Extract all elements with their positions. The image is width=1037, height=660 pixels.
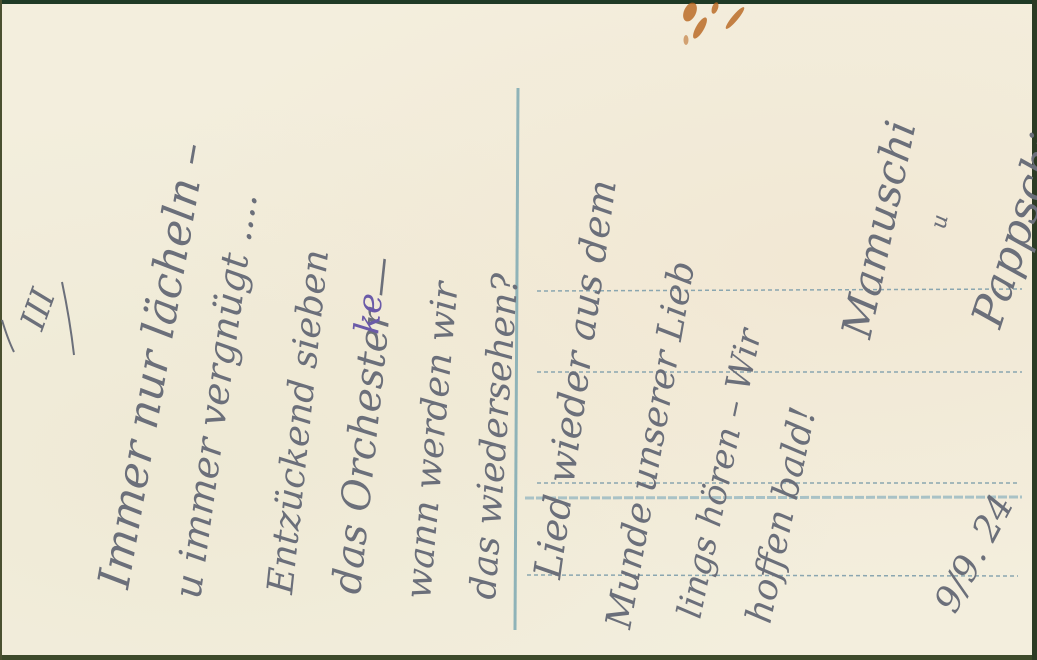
signature-line-2: Pappschi [962, 128, 1037, 335]
corner-mark: III [2, 282, 74, 355]
signature-connector: u [926, 212, 953, 231]
handwriting-layer: III Immer nur lächeln – u immer vergnügt… [0, 0, 1037, 660]
message-line-3: Entzückend sieben [260, 248, 337, 597]
signature-line-1: Mamuschi [832, 116, 926, 343]
right-line-4: hoffen bald! [739, 403, 825, 627]
svg-text:III: III [13, 283, 65, 336]
message-continuation: Lied wieder aus dem Munde unserer Lieb l… [525, 177, 824, 633]
purple-ink-fragment: ke [347, 291, 391, 336]
right-line-1: Lied wieder aus dem [525, 177, 625, 582]
message-line-5: wann werden wir [398, 279, 467, 601]
rust-stain [680, 0, 746, 45]
signature: Mamuschi u Pappschi [832, 116, 1037, 343]
message-block: Immer nur lächeln – u immer vergnügt ...… [88, 139, 526, 602]
date-text: 9/9. 24 [927, 488, 1023, 619]
